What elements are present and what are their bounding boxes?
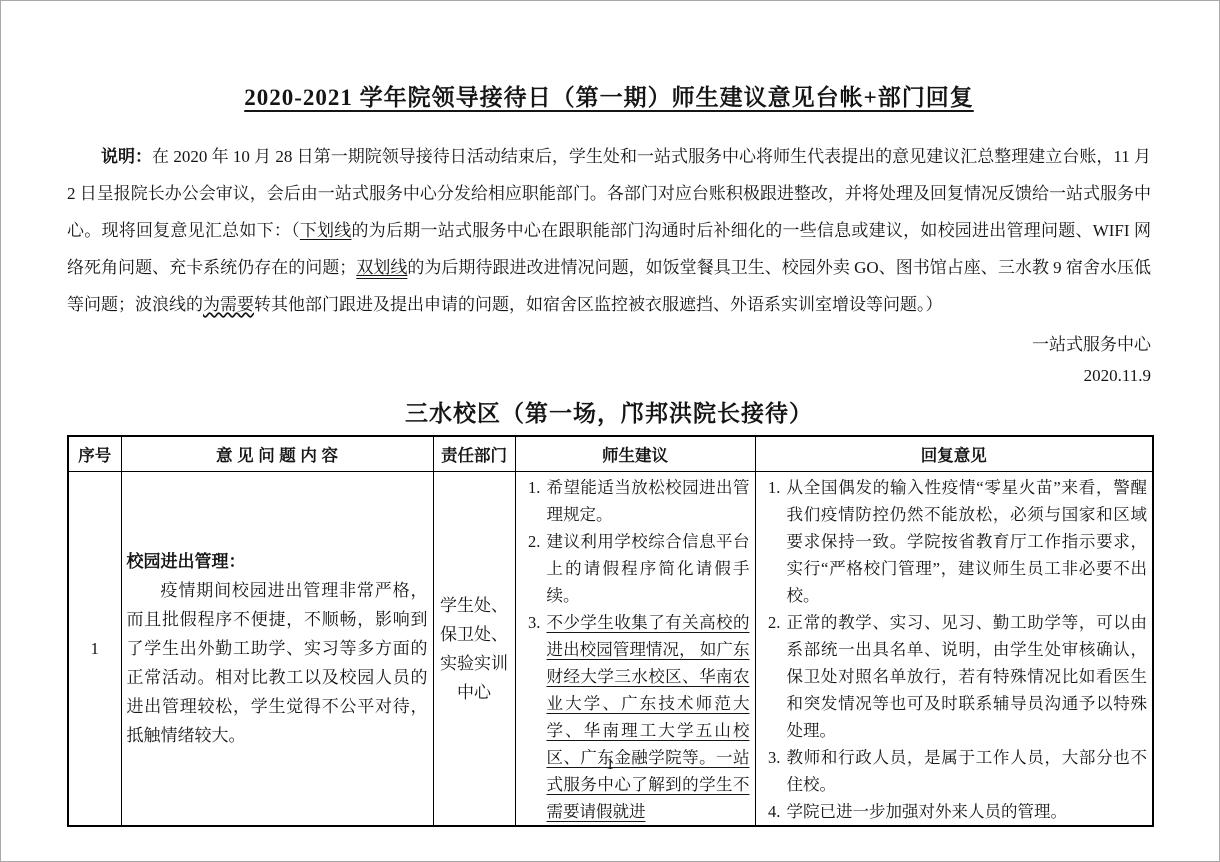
header-department: 责任部门 (433, 436, 515, 472)
list-item: 希望能适当放松校园进出管理规定。 (545, 474, 750, 528)
list-item: 学院已进一步加强对外来人员的管理。 (785, 798, 1148, 825)
header-replies: 回复意见 (755, 436, 1153, 472)
page-number: 1 (1, 756, 1219, 774)
document-page: 2020-2021 学年院领导接待日（第一期）师生建议意见台帐+部门回复 说明：… (0, 0, 1220, 862)
table-header-row: 序号 意 见 问 题 内 容 责任部门 师生建议 回复意见 (68, 436, 1153, 472)
list-item: 正常的教学、实习、见习、勤工助学等，可以由系部统一出具名单、说明，由学生处审核确… (785, 609, 1148, 744)
intro-segment: 说明： (101, 147, 152, 166)
intro-segment: 双划线 (356, 258, 407, 277)
list-item: 从全国偶发的输入性疫情“零星火苗”来看，警醒我们疫情防控仍然不能放松，必须与国家… (785, 474, 1148, 609)
header-suggestions: 师生建议 (515, 436, 755, 472)
intro-segment: 转其他部门跟进及提出申请的问题，如宿舍区监控被衣服遮挡、外语系实训室增设等问题。… (254, 295, 943, 314)
header-no: 序号 (68, 436, 121, 472)
issue-title: 校园进出管理： (127, 547, 428, 576)
signature-date: 2020.11.9 (67, 360, 1151, 391)
list-item: 建议利用学校综合信息平台上的请假程序简化请假手续。 (545, 528, 750, 609)
document-content: 2020-2021 学年院领导接待日（第一期）师生建议意见台帐+部门回复 说明：… (1, 1, 1219, 827)
page-title-text: 2020-2021 学年院领导接待日（第一期）师生建议意见台帐+部门回复 (244, 85, 974, 110)
intro-segment: 为需要 (203, 295, 254, 314)
signature-org: 一站式服务中心 (67, 329, 1151, 360)
header-issue: 意 见 问 题 内 容 (121, 436, 433, 472)
intro-paragraph: 说明：在 2020 年 10 月 28 日第一期院领导接待日活动结束后，学生处和… (67, 138, 1151, 323)
section-title: 三水校区（第一场，邝邦洪院长接待） (67, 395, 1151, 428)
intro-segment: 下划线 (300, 221, 352, 240)
signature-block: 一站式服务中心 2020.11.9 (67, 329, 1151, 391)
list-item: 不少学生收集了有关高校的进出校园管理情况， 如广东财经大学三水校区、华南农业大学… (545, 609, 750, 825)
page-title: 2020-2021 学年院领导接待日（第一期）师生建议意见台帐+部门回复 (67, 79, 1151, 112)
issue-body: 疫情期间校园进出管理非常严格，而且批假程序不便捷，不顺畅，影响到了学生出外勤工助… (127, 576, 428, 750)
